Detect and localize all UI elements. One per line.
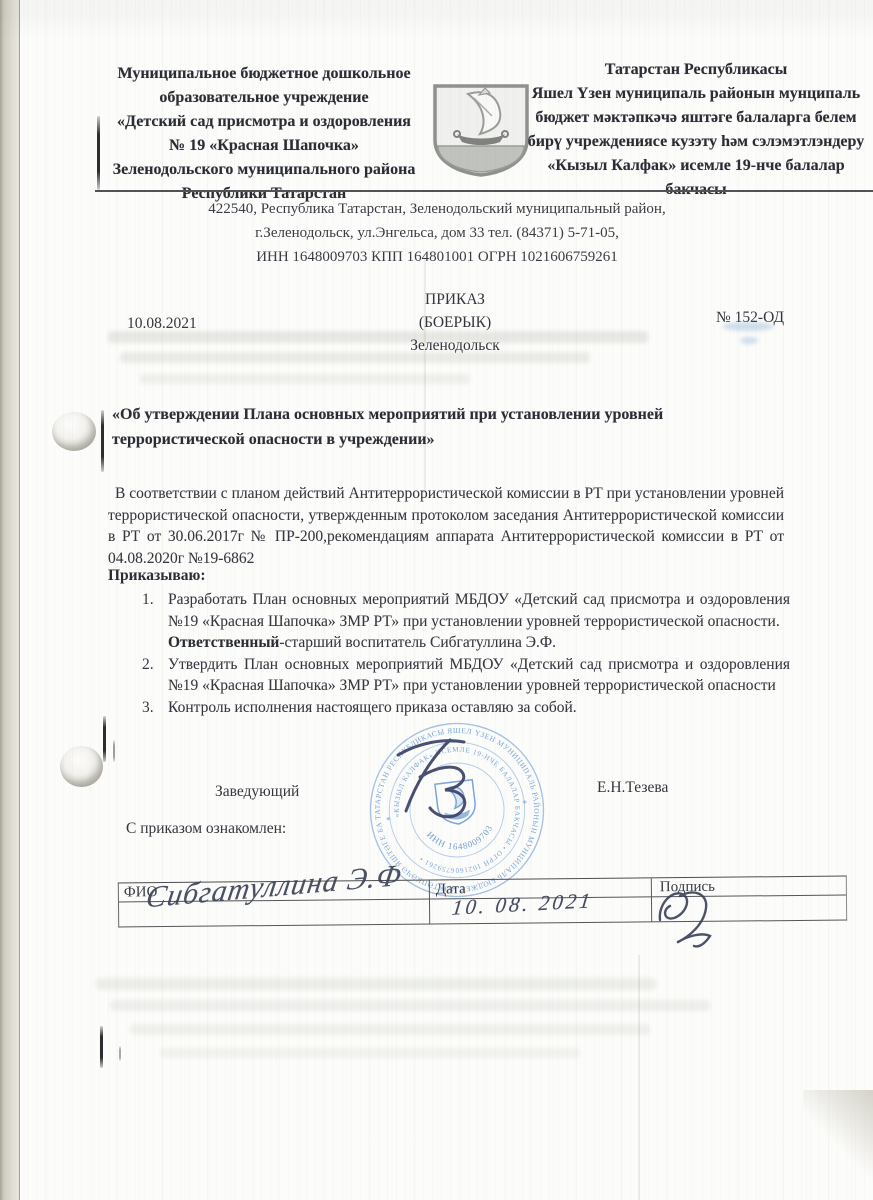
intro-paragraph: В соответствии с планом действий Антитер… [108,483,784,569]
signer-position: Заведующий [215,783,299,801]
bleed-through-artifact [96,978,656,990]
document-title: «Об утверждении Плана основных мероприят… [112,402,767,452]
org-name-russian: Муниципальное бюджетное дошкольное образ… [88,62,440,206]
item-number: 1. [142,589,168,611]
table-divider [429,881,431,924]
svg-text:*: * [522,799,528,810]
director-signature [388,733,493,828]
scan-mark [100,1026,103,1068]
bleed-through-artifact [110,1000,710,1011]
bleed-through-artifact [140,374,470,384]
ink-smudge [722,322,774,331]
item-text: Утвердить План основных мероприятий МБДО… [168,654,790,697]
punch-hole-artifact [52,412,96,451]
item-responsible: Ответственный-старший воспитатель Сибгат… [168,632,790,654]
order-items-list: 1. Разработать План основных мероприятий… [142,589,790,718]
punch-hole-artifact [60,746,103,787]
order-type: ПРИКАЗ [260,291,650,309]
order-city: Зеленодольск [260,337,650,355]
scanned-order-document: Муниципальное бюджетное дошкольное образ… [0,0,873,1200]
responsible-label: Ответственный [168,634,279,651]
handwritten-signature [648,882,728,950]
scan-mark [97,116,100,190]
org-address: 422540, Республика Татарстан, Зеленодоль… [127,197,747,269]
order-date: 10.08.2021 [127,315,197,333]
bleed-through-artifact [130,1024,650,1035]
bleed-through-artifact [160,1048,580,1058]
scanner-edge-strip [0,0,20,1200]
list-item: 1. Разработать План основных мероприятий… [142,589,790,654]
responsible-text: -старший воспитатель Сибгатуллина Э.Ф. [279,634,556,651]
command-word: Приказываю: [108,567,206,585]
list-item: 2. Утвердить План основных мероприятий М… [142,654,790,697]
order-type-alt: (БОЕРЫК) [260,314,650,332]
scan-mark [101,410,104,472]
signer-name: Е.Н.Тезева [597,779,668,797]
coat-of-arms-icon [430,82,532,178]
page-corner-shade [803,1090,873,1200]
scan-crease [638,955,640,1200]
header-divider [95,190,873,192]
acknowledgment-label: С приказом ознакомлен: [126,820,286,838]
item-text: Разработать План основных мероприятий МБ… [168,589,790,632]
scan-mark [119,1046,121,1061]
scan-mark [113,740,115,762]
item-number: 3. [142,697,168,719]
ink-smudge [740,337,758,344]
org-name-tatar: Татарстан Республикасы Яшел Үзен муницип… [524,58,868,202]
item-number: 2. [142,654,168,676]
scan-mark [103,716,106,762]
